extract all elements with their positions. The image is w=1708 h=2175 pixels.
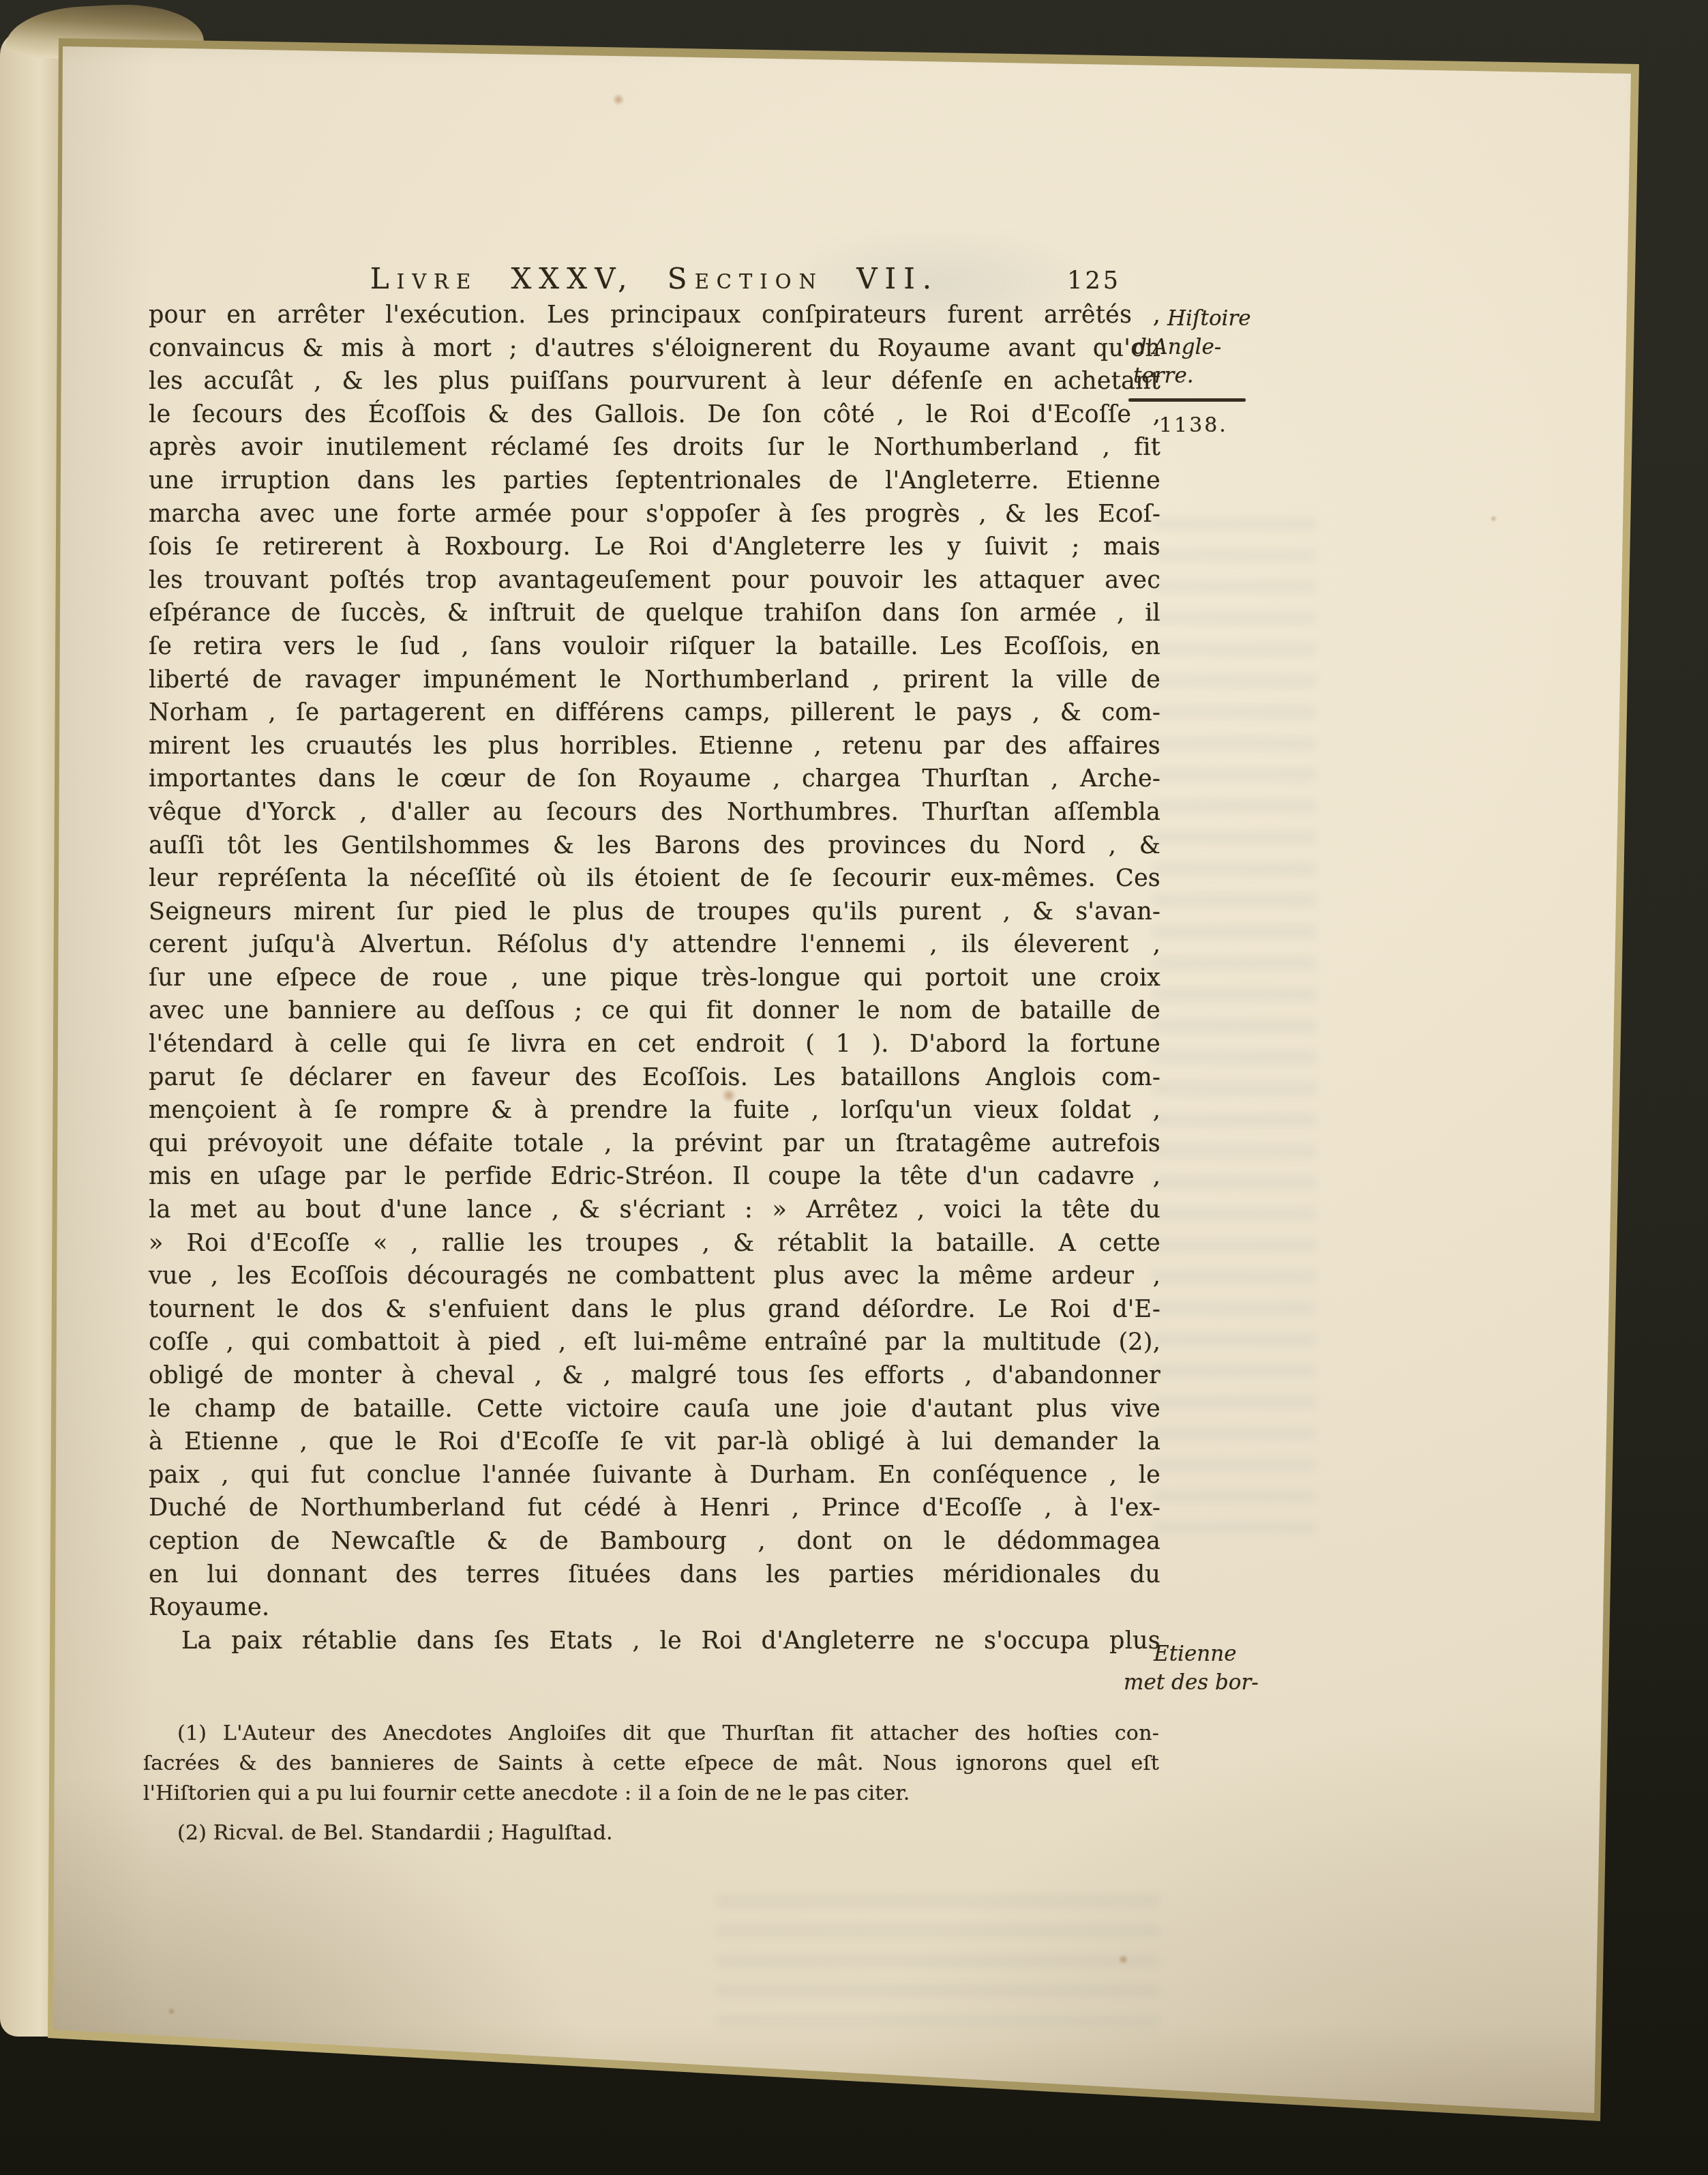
body-line: le ſecours des Écoſſois & des Gallois. D… xyxy=(149,398,1160,432)
body-line: Norham , ſe partagerent en différens cam… xyxy=(149,696,1160,730)
body-line: qui prévoyoit une défaite totale , la pr… xyxy=(149,1127,1160,1161)
foxing-spot xyxy=(168,2008,175,2015)
body-line: en lui donnant des terres ſituées dans l… xyxy=(149,1558,1160,1592)
footnote-line: l'Hiſtorien qui a pu lui fournir cette a… xyxy=(143,1779,1159,1809)
body-line: Seigneurs mirent ſur pied le plus de tro… xyxy=(149,896,1160,929)
body-line: leur repréſenta la néceſſité où ils étoi… xyxy=(149,862,1160,896)
body-line: liberté de ravager impunément le Northum… xyxy=(149,664,1160,697)
margin-note-line: Etienne xyxy=(1124,1640,1267,1668)
body-line: après avoir inutilement réclamé ſes droi… xyxy=(149,431,1160,464)
body-line: mençoient à ſe rompre & à prendre la fui… xyxy=(149,1094,1160,1127)
body-line: eſpérance de ſuccès, & inſtruit de quelq… xyxy=(149,597,1160,630)
body-line: le champ de bataille. Cette victoire cau… xyxy=(149,1393,1160,1426)
photographed-book-page: Livre XXXV, Section VII. 125 pour en arr… xyxy=(0,0,1708,2175)
footnote-line: (2) Ricval. de Bel. Standardii ; Hagulſt… xyxy=(143,1818,1159,1848)
margin-note-histoire-dangleterre: Hiſtoired'Angle-terre. xyxy=(1133,304,1270,390)
body-line: cerent juſqu'à Alvertun. Réſolus d'y att… xyxy=(149,928,1160,962)
margin-note-line: met des bor- xyxy=(1124,1668,1267,1697)
body-line: mirent les cruautés les plus horribles. … xyxy=(149,730,1160,763)
body-line: ſois ſe retirerent à Roxbourg. Le Roi d'… xyxy=(149,531,1160,564)
body-line: ſur une eſpece de roue , une pique très-… xyxy=(149,962,1160,995)
body-line: l'étendard à celle qui ſe livra en cet e… xyxy=(149,1028,1160,1061)
margin-year: 1138. xyxy=(1159,413,1228,437)
body-text: pour en arrêter l'exécution. Les princip… xyxy=(149,299,1160,1657)
footnotes: (1) L'Auteur des Anecdotes Angloiſes dit… xyxy=(143,1719,1159,1848)
body-line: marcha avec une forte armée pour s'oppoſ… xyxy=(149,498,1160,531)
running-header-title: Livre XXXV, Section VII. xyxy=(149,262,1160,295)
body-line: » Roi d'Ecoſſe « , rallie les troupes , … xyxy=(149,1227,1160,1260)
body-line: coſſe , qui combattoit à pied , eſt lui-… xyxy=(149,1326,1160,1359)
foxing-spot xyxy=(1118,1955,1128,1964)
body-line: les trouvant poſtés trop avantageuſement… xyxy=(149,564,1160,597)
margin-note-line: terre. xyxy=(1133,361,1270,390)
margin-note-etienne: Etiennemet des bor- xyxy=(1124,1640,1267,1697)
body-line: vue , les Ecoſſois découragés ne combatt… xyxy=(149,1260,1160,1293)
body-line: Royaume. xyxy=(149,1591,1160,1625)
body-line: paix , qui fut conclue l'année ſuivante … xyxy=(149,1459,1160,1492)
page-number: 125 xyxy=(1067,267,1121,295)
foxing-spot xyxy=(1490,516,1497,522)
body-line: une irruption dans les parties ſeptentri… xyxy=(149,464,1160,498)
body-line: ception de Newcaſtle & de Bambourg , don… xyxy=(149,1525,1160,1558)
margin-rule xyxy=(1128,398,1246,402)
running-header: Livre XXXV, Section VII. 125 xyxy=(149,262,1160,303)
margin-note-line: d'Angle- xyxy=(1133,333,1270,361)
body-line: à Etienne , que le Roi d'Ecoſſe ſe vit p… xyxy=(149,1425,1160,1459)
body-line: mis en uſage par le perfide Edric-Stréon… xyxy=(149,1160,1160,1194)
foxing-spot xyxy=(612,94,625,105)
body-line: parut ſe déclarer en faveur des Ecoſſois… xyxy=(149,1061,1160,1095)
body-line: avec une banniere au deſſous ; ce qui fi… xyxy=(149,994,1160,1028)
body-line: la met au bout d'une lance , & s'écriant… xyxy=(149,1194,1160,1227)
margin-note-line: Hiſtoire xyxy=(1133,304,1270,333)
body-line: La paix rétablie dans ſes Etats , le Roi… xyxy=(149,1625,1160,1658)
body-line: ſe retira vers le ſud , ſans vouloir riſ… xyxy=(149,630,1160,664)
body-line: Duché de Northumberland fut cédé à Henri… xyxy=(149,1492,1160,1525)
body-line: tournent le dos & s'enfuient dans le plu… xyxy=(149,1293,1160,1327)
footnote-line: ſacrées & des bannieres de Saints à cett… xyxy=(143,1749,1159,1779)
body-line: convaincus & mis à mort ; d'autres s'élo… xyxy=(149,332,1160,366)
body-line: pour en arrêter l'exécution. Les princip… xyxy=(149,299,1160,332)
body-line: obligé de monter à cheval , & , malgré t… xyxy=(149,1359,1160,1393)
body-line: auſſi tôt les Gentilshommes & les Barons… xyxy=(149,829,1160,863)
body-line: importantes dans le cœur de ſon Royaume … xyxy=(149,763,1160,796)
footnote-line: (1) L'Auteur des Anecdotes Angloiſes dit… xyxy=(143,1719,1159,1749)
body-line: vêque d'Yorck , d'aller au ſecours des N… xyxy=(149,796,1160,829)
body-line: les accuſât , & les plus puiſſans pourvu… xyxy=(149,365,1160,398)
